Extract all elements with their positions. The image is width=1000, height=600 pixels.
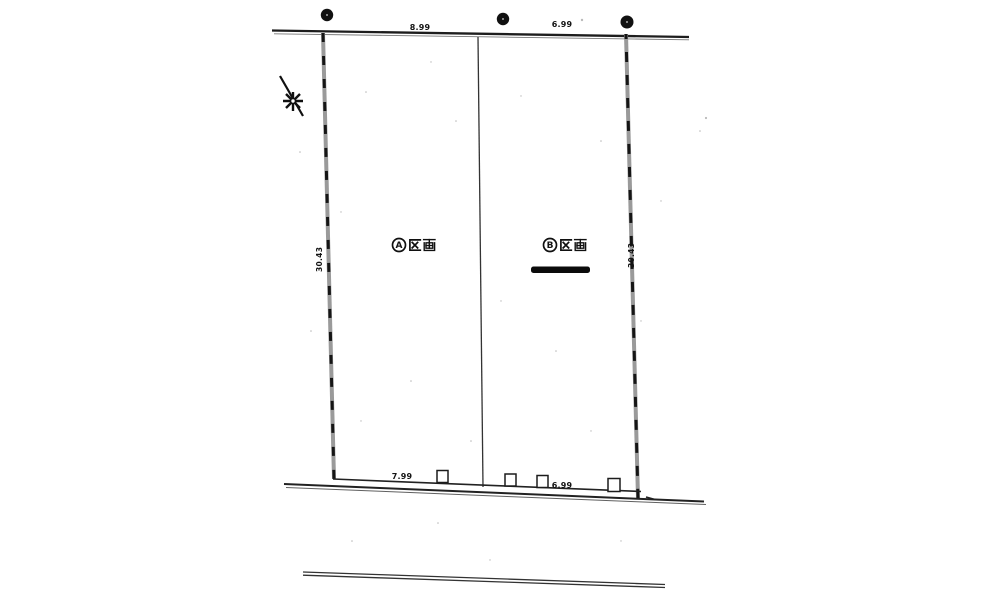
dim-left-side: 30.43: [315, 247, 324, 272]
parcel-a-label: A: [393, 239, 436, 252]
kanji-ku-icon: [561, 240, 571, 250]
left-boundary-line: [323, 33, 334, 479]
kanji-kaku-icon: [424, 240, 435, 251]
site-plan-svg: 8.99 6.99 30.43 30.43 7.99 6.99 A: [0, 0, 1000, 600]
parcel-bottom-line: [333, 479, 641, 492]
road-edge-lower: [303, 572, 665, 588]
kanji-ku-icon: [410, 240, 420, 250]
dim-top-right: 6.99: [552, 20, 573, 29]
parcel-b-underline: [531, 267, 590, 274]
scanned-site-plan: 8.99 6.99 30.43 30.43 7.99 6.99 A: [0, 0, 1000, 600]
dim-right-side: 30.43: [627, 243, 636, 268]
parcel-a-letter: A: [396, 241, 403, 251]
center-divider-line: [478, 37, 483, 487]
dim-bottom-left: 7.99: [392, 472, 413, 481]
dim-bottom-right: 6.99: [552, 481, 573, 490]
survey-point-icon: [321, 9, 634, 29]
dim-top-left: 8.99: [410, 23, 431, 32]
parcel-b-letter: B: [547, 241, 554, 251]
road-edge-upper: [284, 484, 706, 505]
kanji-kaku-icon: [575, 240, 586, 251]
parcel-b-label: B: [544, 239, 587, 252]
north-arrow-icon: [280, 76, 303, 116]
boundary-marker-square: [437, 471, 620, 492]
